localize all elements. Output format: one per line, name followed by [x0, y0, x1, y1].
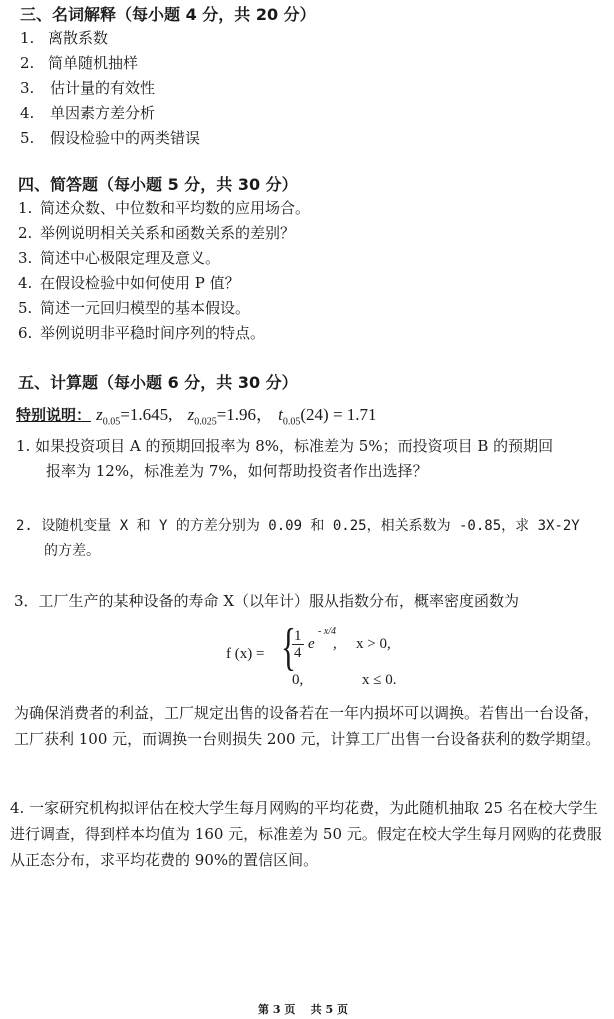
z-critical-0-025: z0.025=1.96，	[188, 405, 273, 424]
list-item: 2.简单随机抽样	[20, 52, 138, 73]
list-item: 4.在假设检验中如何使用 P 值？	[18, 272, 240, 293]
question-4-body: 4. 一家研究机构拟评估在校大学生每月网购的平均花费，为此随机抽取 25 名在校…	[10, 795, 606, 873]
list-item: 5.简述一元回归模型的基本假设。	[18, 297, 250, 318]
question-1-line-1: 1. 如果投资项目 A 的预期回报率为 8%，标准差为 5%；而投资项目 B 的…	[16, 435, 553, 456]
list-item: 6.举例说明非平稳时间序列的特点。	[18, 322, 265, 343]
section-5-title: 五、计算题（每小题 6 分，共 30 分）	[18, 370, 298, 393]
question-2-line-1: 2. 设随机变量 X 和 Y 的方差分别为 0.09 和 0.25，相关系数为 …	[16, 515, 580, 535]
list-item: 2.举例说明相关关系和函数关系的差别？	[18, 222, 295, 243]
fraction-one-quarter: 14	[292, 628, 304, 661]
list-item: 1.简述众数、中位数和平均数的应用场合。	[18, 197, 310, 218]
section-3-title: 三、名词解释（每小题 4 分，共 20 分）	[20, 2, 316, 25]
question-1-line-2: 报率为 12%，标准差为 7%，如何帮助投资者作出选择？	[46, 460, 428, 481]
t-critical-0-05: t0.05(24) = 1.71	[278, 405, 376, 424]
pdf-formula: f (x) = { 14 e - x/4 , x > 0, 0, x ≤ 0.	[226, 618, 446, 698]
list-item: 3.估计量的有效性	[20, 77, 155, 98]
question-3-intro: 3．工厂生产的某种设备的寿命 X（以年计）服从指数分布，概率密度函数为	[14, 590, 519, 611]
page-number: 第 3 页	[258, 1003, 295, 1016]
list-item: 1.离散系数	[20, 27, 108, 48]
page-footer: 第 3 页 共 5 页	[258, 1001, 348, 1017]
list-item: 4.单因素方差分析	[20, 102, 155, 123]
page-total: 共 5 页	[311, 1003, 348, 1016]
question-3-body: 为确保消费者的利益，工厂规定出售的设备若在一年内损坏可以调换。若售出一台设备，工…	[14, 700, 606, 752]
z-critical-0-05: z0.05=1.645,	[96, 405, 172, 424]
section-4-title: 四、简答题（每小题 5 分，共 30 分）	[18, 172, 298, 195]
question-2-line-2: 的方差。	[44, 540, 100, 560]
list-item: 3.简述中心极限定理及意义。	[18, 247, 220, 268]
list-item: 5.假设检验中的两类错误	[20, 127, 200, 148]
exam-page: 三、名词解释（每小题 4 分，共 20 分） 1.离散系数 2.简单随机抽样 3…	[0, 0, 614, 1019]
special-note-label: 特别说明：	[16, 406, 91, 424]
special-note: 特别说明： z0.05=1.645, z0.025=1.96， t0.05(24…	[16, 400, 377, 427]
